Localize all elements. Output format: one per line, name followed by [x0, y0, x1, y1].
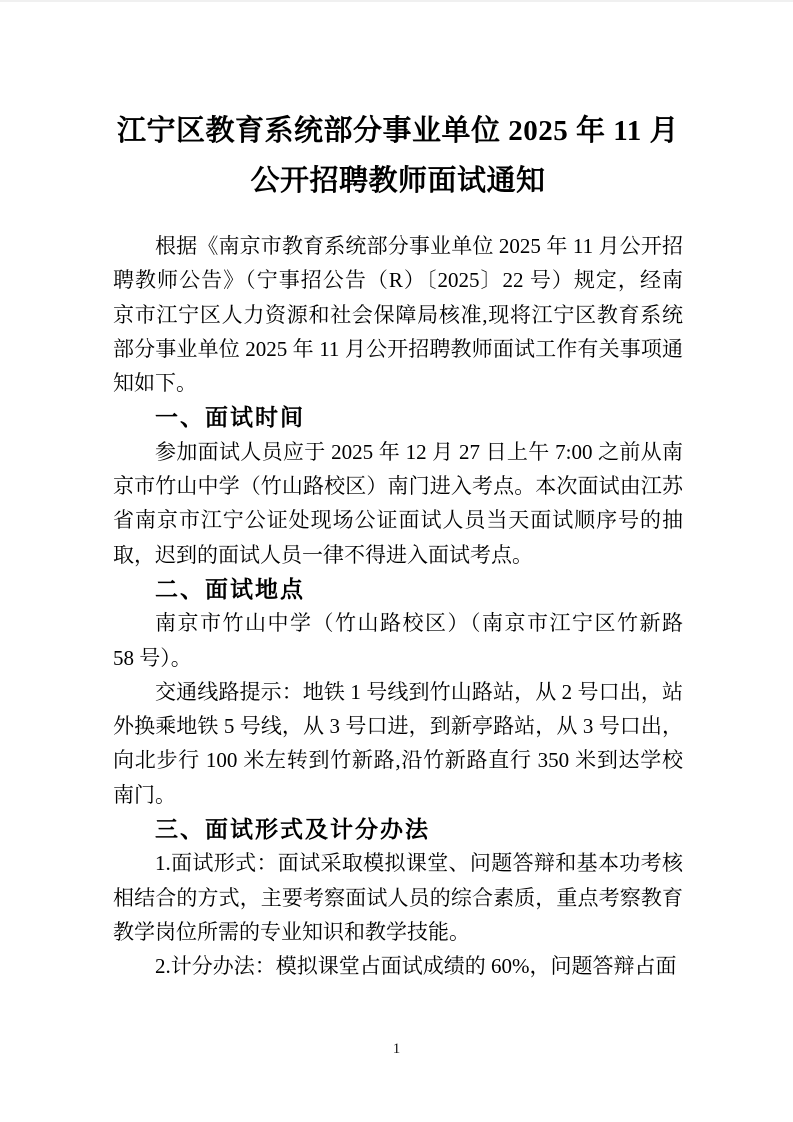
body-line: 2.计分办法：模拟课堂占面试成绩的 60%，问题答辩占面 — [113, 949, 683, 983]
body-line: 58 号）。 — [113, 641, 683, 675]
title-line-1: 江宁区教育系统部分事业单位 2025 年 11 月 — [113, 106, 683, 156]
body-line: 根据《南京市教育系统部分事业单位 2025 年 11 月公开招 — [113, 229, 683, 263]
body-line: 教学岗位所需的专业知识和教学技能。 — [113, 915, 683, 949]
document-content: 江宁区教育系统部分事业单位 2025 年 11 月 公开招聘教师面试通知 根据《… — [113, 106, 683, 984]
document-body: 根据《南京市教育系统部分事业单位 2025 年 11 月公开招聘教师公告》（宁事… — [113, 229, 683, 984]
body-line: 相结合的方式，主要考察面试人员的综合素质，重点考察教育 — [113, 881, 683, 915]
body-line: 参加面试人员应于 2025 年 12 月 27 日上午 7:00 之前从南 — [113, 435, 683, 469]
body-line: 京市江宁区人力资源和社会保障局核准,现将江宁区教育系统 — [113, 298, 683, 332]
title-line-2: 公开招聘教师面试通知 — [113, 156, 683, 206]
body-line: 向北步行 100 米左转到竹新路,沿竹新路直行 350 米到达学校 — [113, 743, 683, 777]
body-line: 外换乘地铁 5 号线，从 3 号口进，到新亭路站，从 3 号口出， — [113, 709, 683, 743]
body-line: 取，迟到的面试人员一律不得进入面试考点。 — [113, 538, 683, 572]
body-line: 京市竹山中学（竹山路校区）南门进入考点。本次面试由江苏 — [113, 469, 683, 503]
section-heading: 二、面试地点 — [113, 572, 683, 606]
section-heading: 一、面试时间 — [113, 400, 683, 434]
page-number: 1 — [0, 1040, 793, 1058]
document-page: 江宁区教育系统部分事业单位 2025 年 11 月 公开招聘教师面试通知 根据《… — [0, 0, 793, 1122]
document-title: 江宁区教育系统部分事业单位 2025 年 11 月 公开招聘教师面试通知 — [113, 106, 683, 206]
body-line: 知如下。 — [113, 366, 683, 400]
body-line: 聘教师公告》（宁事招公告（R）〔2025〕22 号）规定，经南 — [113, 263, 683, 297]
body-line: 交通线路提示：地铁 1 号线到竹山路站，从 2 号口出，站 — [113, 675, 683, 709]
body-line: 1.面试形式：面试采取模拟课堂、问题答辩和基本功考核 — [113, 846, 683, 880]
section-heading: 三、面试形式及计分办法 — [113, 812, 683, 846]
body-line: 省南京市江宁公证处现场公证面试人员当天面试顺序号的抽 — [113, 503, 683, 537]
body-line: 南门。 — [113, 778, 683, 812]
body-line: 南京市竹山中学（竹山路校区）（南京市江宁区竹新路 — [113, 606, 683, 640]
body-line: 部分事业单位 2025 年 11 月公开招聘教师面试工作有关事项通 — [113, 332, 683, 366]
